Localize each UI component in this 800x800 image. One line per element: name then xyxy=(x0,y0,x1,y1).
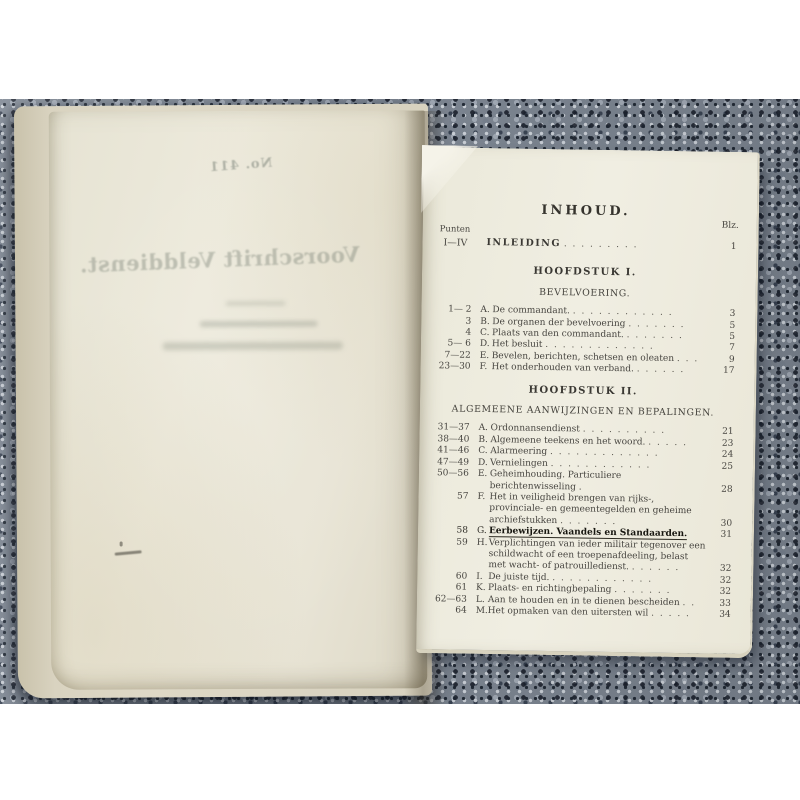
toc-row-title: Algemeene teekens en het woord. xyxy=(490,435,645,447)
dot-leaders: . . xyxy=(682,598,695,608)
dot-leaders: . . . xyxy=(677,354,699,364)
toc-row-point-range: 64 xyxy=(429,605,467,617)
dot-leaders: . . . . . xyxy=(648,437,687,448)
toc-row-page-number: 5 xyxy=(729,320,735,331)
dot-leaders: . . . . . xyxy=(651,609,690,620)
chapter-2-rows: 31—37 A. Ordonnansendienst . . . . . . .… xyxy=(429,423,734,622)
toc-row-title: De commandant. xyxy=(492,305,570,316)
dot-leaders: . . . . . . . . . xyxy=(564,240,638,251)
toc-row-title: Vernielingen xyxy=(490,458,548,469)
toc-row: 57 F. Het in veiligheid brengen van rijk… xyxy=(430,491,733,530)
column-header-punten: Punten xyxy=(440,225,471,237)
toc-row-point-range: 1— 2 xyxy=(433,304,471,316)
toc-row-title: Geheimhouding. Particuliere berichtenwis… xyxy=(490,469,622,492)
toc-row-page-number: 32 xyxy=(720,575,732,587)
toc-row-content: Het opmaken van den uitersten wil . . . … xyxy=(488,606,731,621)
table-of-contents: INHOUD. Punten Blz. I—IV INLEIDING . . .… xyxy=(416,147,758,654)
intro-row: INLEIDING . . . . . . . . .1 xyxy=(486,237,736,253)
dot-leaders: . . . . . . . xyxy=(614,585,671,596)
toc-row-page-number: 21 xyxy=(722,427,734,439)
dot-leaders: . . . . . . xyxy=(632,563,680,574)
dot-leaders: . . . . . . . xyxy=(627,330,684,341)
toc-row-point-range: 41—46 xyxy=(431,445,469,457)
toc-row-point-range: 31—37 xyxy=(431,423,469,435)
intro-point-range: I—IV xyxy=(443,238,467,250)
toc-row-point-range: 38—40 xyxy=(431,434,469,446)
chapter-heading: HOOFDSTUK II. xyxy=(432,383,734,399)
toc-row-letter: E. xyxy=(469,469,490,481)
book-photo: No. 411 Voorschrift Velddienst. INHOUD. … xyxy=(0,99,800,704)
toc-row-point-range: 3 xyxy=(433,316,471,328)
toc-row-page-number: 9 xyxy=(729,355,735,366)
toc-row-letter: B. xyxy=(471,316,492,328)
toc-row-point-range: 4 xyxy=(433,327,471,339)
toc-row-title: Alarmeering xyxy=(490,446,547,457)
pencil-mark xyxy=(115,550,142,555)
dot-leaders: . . . . . . xyxy=(637,365,685,376)
toc-row-point-range: 57 xyxy=(430,491,468,503)
toc-row-page-number: 31 xyxy=(720,530,732,542)
dot-leaders: . . . . . . . . . . . . xyxy=(552,573,652,585)
toc-row-page-number: 3 xyxy=(730,309,736,320)
toc-row-letter: B. xyxy=(469,435,490,447)
dot-leaders: . . . . . . . . . . xyxy=(583,425,666,436)
dot-leaders: . . . . . . . . . . . . . xyxy=(545,340,654,352)
left-page: No. 411 Voorschrift Velddienst. xyxy=(49,110,428,690)
toc-row-point-range: 23—30 xyxy=(432,361,470,373)
bleedthrough-line xyxy=(226,301,286,306)
toc-row-letter: E. xyxy=(471,351,492,363)
toc-row-title: De organen der bevelvoering xyxy=(492,317,625,329)
toc-row-title: Ordonnansendienst xyxy=(491,424,581,435)
toc-row-page-number: 7 xyxy=(729,343,735,354)
chapter-heading: HOOFDSTUK I. xyxy=(434,265,736,281)
pencil-mark xyxy=(120,542,123,547)
toc-row-page-number: 23 xyxy=(722,439,734,451)
toc-row-letter: A. xyxy=(471,305,492,317)
toc-row-letter: F. xyxy=(468,492,489,504)
toc-row-letter: D. xyxy=(469,457,490,469)
toc-row-title: De juiste tijd. xyxy=(488,572,549,583)
toc-row-page-number: 17 xyxy=(723,366,735,378)
toc-row-letter: C. xyxy=(469,446,490,458)
toc-row-page-number: 30 xyxy=(721,518,733,530)
toc-row-content: Het in veiligheid brengen van rijks-, pr… xyxy=(489,492,733,530)
toc-row-page-number: 33 xyxy=(719,598,731,610)
dot-leaders: . . . . . . . . . . . . . xyxy=(550,447,659,459)
chapter-subheading: ALGEMEENE AANWIJZINGEN EN BEPALINGEN. xyxy=(432,403,734,419)
toc-row-letter: F. xyxy=(470,362,491,374)
toc-row-page-number: 5 xyxy=(729,332,735,343)
toc-row-point-range: 58 xyxy=(430,525,468,537)
toc-row-letter: I. xyxy=(467,571,488,583)
bleedthrough-line xyxy=(200,321,318,328)
toc-row-letter: D. xyxy=(471,339,492,351)
toc-row-page-number: 24 xyxy=(722,450,734,462)
toc-row-page-number: 28 xyxy=(721,484,733,496)
toc-row-point-range: 61 xyxy=(429,582,467,594)
toc-row-page-number: 34 xyxy=(719,610,731,622)
toc-row-letter: C. xyxy=(471,328,492,340)
toc-row-point-range: 47—49 xyxy=(431,457,469,469)
toc-row-content: Verplichtingen van ieder militair tegeno… xyxy=(488,538,732,576)
chapter-1-rows: 1— 2 A. De commandant. . . . . . . . . .… xyxy=(432,304,735,377)
toc-row-letter: M. xyxy=(467,606,488,618)
bleedthrough-title: Voorschrift Velddienst. xyxy=(79,242,360,278)
toc-header: Punten Blz. I—IV INLEIDING . . . . . . .… xyxy=(434,219,737,260)
toc-row-point-range: 7—22 xyxy=(433,350,471,362)
dot-leaders: . . . . . . . xyxy=(560,516,617,527)
column-header-blz: Blz. xyxy=(722,221,739,233)
toc-row-page-number: 32 xyxy=(720,564,732,576)
page-title: INHOUD. xyxy=(435,203,737,219)
toc-row-page-number: 25 xyxy=(721,461,733,473)
chapter-2: HOOFDSTUK II. ALGEMEENE AANWIJZINGEN EN … xyxy=(429,383,735,621)
toc-row-letter: K. xyxy=(467,583,488,595)
bleedthrough-line xyxy=(163,342,343,351)
toc-row-title: Het besluit xyxy=(492,340,543,351)
toc-row-letter: A. xyxy=(469,423,490,435)
toc-row-point-range: 62—63 xyxy=(429,594,467,606)
toc-row-title: Plaats- en richtingbepaling xyxy=(488,583,612,595)
toc-row-letter: G. xyxy=(468,526,489,538)
toc-row-letter: L. xyxy=(467,594,488,606)
chapter-1: HOOFDSTUK I. BEVELVOERING. 1— 2 A. De co… xyxy=(432,265,736,378)
toc-row-page-number: 32 xyxy=(719,587,731,599)
intro-page-number: 1 xyxy=(731,242,737,253)
toc-row-title: Het opmaken van den uitersten wil xyxy=(488,606,649,619)
toc-row-title: Het onderhouden van verband. xyxy=(491,362,634,374)
toc-row-point-range: 60 xyxy=(429,571,467,583)
toc-row: 59 H. Verplichtingen van ieder militair … xyxy=(429,537,732,576)
chapter-subheading: BEVELVOERING. xyxy=(434,285,736,301)
toc-row-letter: H. xyxy=(468,537,489,549)
toc-row-point-range: 59 xyxy=(430,537,468,549)
toc-row-point-range: 5— 6 xyxy=(433,339,471,351)
dot-leaders: . . . . . . . . . . . . xyxy=(573,307,673,319)
intro-title: INLEIDING xyxy=(486,237,561,249)
toc-row-title: Plaats van den commandant. xyxy=(492,328,624,340)
bleedthrough-number: No. 411 xyxy=(209,156,273,176)
toc-row-content: Het onderhouden van verband. . . . . . .… xyxy=(491,362,734,377)
right-page: INHOUD. Punten Blz. I—IV INLEIDING . . .… xyxy=(416,147,760,658)
toc-row-point-range: 50—56 xyxy=(431,468,469,480)
dot-leaders: . . . . . . . . . . . . xyxy=(551,459,651,471)
dot-leaders: . . . . . . . xyxy=(628,319,685,330)
